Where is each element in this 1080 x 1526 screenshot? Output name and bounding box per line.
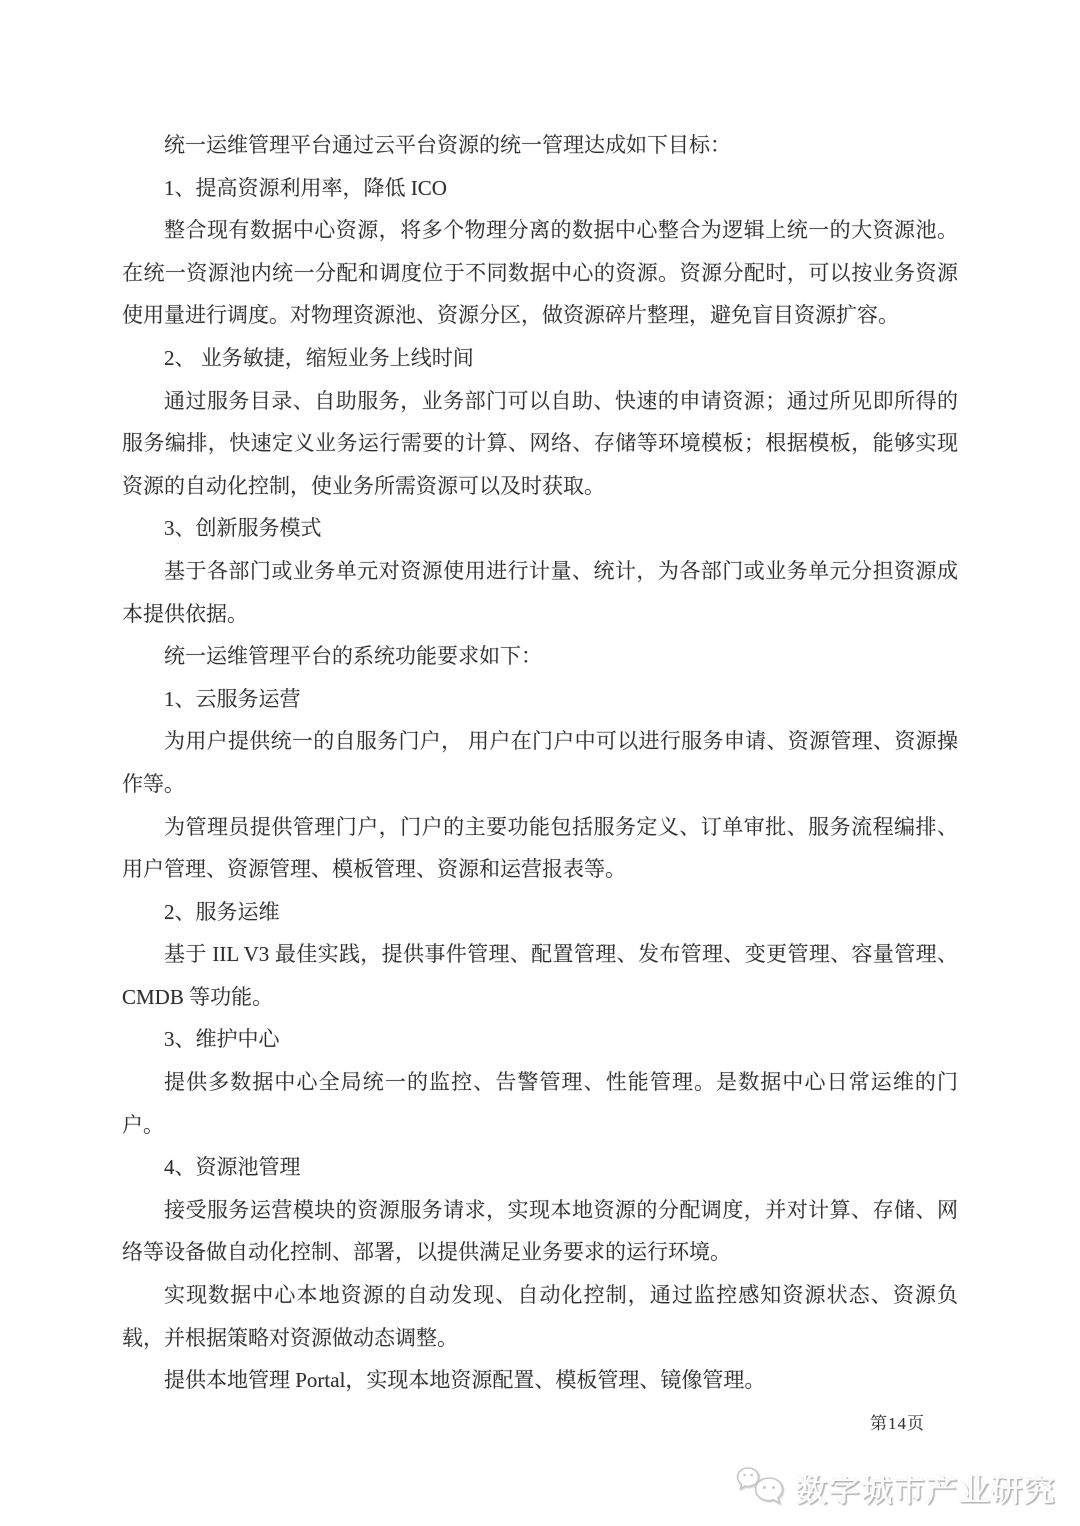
paragraph: 基于 IIL V3 最佳实践，提供事件管理、配置管理、发布管理、变更管理、容量管… — [122, 933, 958, 1018]
paragraph: 3、创新服务模式 — [122, 507, 958, 550]
paragraph: 统一运维管理平台的系统功能要求如下： — [122, 635, 958, 678]
paragraph: 接受服务运营模块的资源服务请求，实现本地资源的分配调度，并对计算、存储、网络等设… — [122, 1189, 958, 1274]
paragraph: 基于各部门或业务单元对资源使用进行计量、统计，为各部门或业务单元分担资源成本提供… — [122, 550, 958, 635]
paragraph: 统一运维管理平台通过云平台资源的统一管理达成如下目标： — [122, 124, 958, 167]
wechat-chat-bubbles-icon — [734, 1464, 788, 1510]
paragraph: 通过服务目录、自助服务，业务部门可以自助、快速的申请资源；通过所见即所得的服务编… — [122, 380, 958, 508]
document-body: 统一运维管理平台通过云平台资源的统一管理达成如下目标：1、提高资源利用率，降低 … — [122, 124, 958, 1402]
paragraph: 2、 业务敏捷，缩短业务上线时间 — [122, 337, 958, 380]
paragraph: 1、云服务运营 — [122, 678, 958, 721]
paragraph: 为用户提供统一的自服务门户， 用户在门户中可以进行服务申请、资源管理、资源操作等… — [122, 720, 958, 805]
paragraph: 提供本地管理 Portal，实现本地资源配置、模板管理、镜像管理。 — [122, 1359, 958, 1402]
paragraph: 3、维护中心 — [122, 1018, 958, 1061]
watermark-text: 数字城市产业研究 — [796, 1465, 1056, 1510]
paragraph: 4、资源池管理 — [122, 1146, 958, 1189]
paragraph: 提供多数据中心全局统一的监控、告警管理、性能管理。是数据中心日常运维的门户。 — [122, 1061, 958, 1146]
paragraph: 实现数据中心本地资源的自动发现、自动化控制，通过监控感知资源状态、资源负载，并根… — [122, 1274, 958, 1359]
paragraph: 整合现有数据中心资源，将多个物理分离的数据中心整合为逻辑上统一的大资源池。在统一… — [122, 209, 958, 337]
document-page: 统一运维管理平台通过云平台资源的统一管理达成如下目标：1、提高资源利用率，降低 … — [0, 0, 1080, 1526]
paragraph: 2、服务运维 — [122, 891, 958, 934]
paragraph: 1、提高资源利用率，降低 ICO — [122, 167, 958, 210]
page-number: 第14页 — [870, 1409, 925, 1434]
watermark: 数字城市产业研究 — [734, 1464, 1056, 1510]
paragraph: 为管理员提供管理门户，门户的主要功能包括服务定义、订单审批、服务流程编排、用户管… — [122, 806, 958, 891]
